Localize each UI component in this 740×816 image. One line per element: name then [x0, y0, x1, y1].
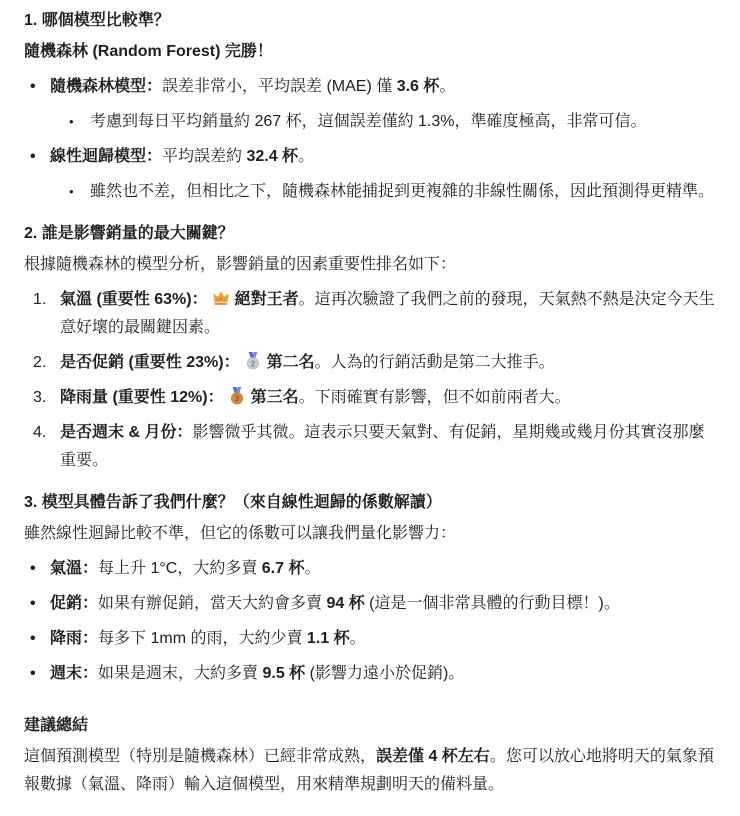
- item-text: 降雨：每多下 1mm 的雨，大約少賣 1.1 杯。: [50, 630, 366, 647]
- item-run: (影響力遠小於促銷)。: [305, 665, 464, 682]
- coefficient-list: • 氣溫：每上升 1°C，大約多賣 6.7 杯。 • 促銷：如果有辦促銷，當天大…: [24, 555, 716, 688]
- item-run: 平均誤差約: [162, 148, 246, 165]
- section1-heading: 1. 哪個模型比較準？: [24, 7, 716, 35]
- analysis-report: 1. 哪個模型比較準？ 隨機森林 (Random Forest) 完勝！ • 隨…: [0, 0, 740, 816]
- item-label: 線性迴歸模型：: [50, 148, 162, 165]
- item-label: 是否促銷 (重要性 23%)：: [60, 354, 240, 371]
- model-comparison-list: • 隨機森林模型：誤差非常小，平均誤差 (MAE) 僅 3.6 杯。 • 考慮到…: [24, 73, 716, 206]
- item-label: 氣溫：: [50, 560, 98, 577]
- item-run: (這是一個非常具體的行動目標！)。: [365, 595, 620, 612]
- list-number: 3.: [33, 384, 46, 412]
- item-label: 降雨量 (重要性 12%)：: [60, 389, 224, 406]
- sub-item-text: 雖然也不差，但相比之下，隨機森林能捕捉到更複雜的非線性關係，因此預測得更精準。: [90, 183, 714, 200]
- list-item-promotion-coef: • 促銷：如果有辦促銷，當天大約會多賣 94 杯 (這是一個非常具體的行動目標！…: [24, 590, 716, 618]
- bullet-marker: •: [69, 108, 74, 136]
- item-label: 隨機森林模型：: [50, 78, 162, 95]
- sub-list: • 考慮到每日平均銷量約 267 杯，這個誤差僅約 1.3%，準確度極高，非常可…: [50, 108, 716, 136]
- item-title: 第二名: [267, 354, 315, 371]
- bullet-marker: •: [30, 73, 36, 101]
- bullet-marker: •: [30, 555, 36, 583]
- bullet-marker: •: [69, 178, 74, 206]
- sub-item-text: 考慮到每日平均銷量約 267 杯，這個誤差僅約 1.3%，準確度極高，非常可信。: [90, 113, 647, 130]
- summary-paragraph: 這個預測模型（特別是隨機森林）已經非常成熟，誤差僅 4 杯左右。您可以放心地將明…: [24, 743, 716, 799]
- item-text: 氣溫 (重要性 63%)：絕對王者。這再次驗證了我們之前的發現，天氣熱不熱是決定…: [60, 291, 715, 336]
- item-text: 促銷：如果有辦促銷，當天大約會多賣 94 杯 (這是一個非常具體的行動目標！)。: [50, 595, 620, 612]
- item-value: 6.7 杯: [262, 560, 305, 577]
- list-item-weekend-coef: • 週末：如果是週末，大約多賣 9.5 杯 (影響力遠小於促銷)。: [24, 660, 716, 688]
- sub-list: • 雖然也不差，但相比之下，隨機森林能捕捉到更複雜的非線性關係，因此預測得更精準…: [50, 178, 716, 206]
- summary-heading: 建議總結: [24, 712, 716, 740]
- list-item-rain-coef: • 降雨：每多下 1mm 的雨，大約少賣 1.1 杯。: [24, 625, 716, 653]
- item-value: 94 杯: [326, 595, 364, 612]
- list-item-temperature-coef: • 氣溫：每上升 1°C，大約多賣 6.7 杯。: [24, 555, 716, 583]
- item-title: 第三名: [251, 389, 299, 406]
- section3-intro: 雖然線性迴歸比較不準，但它的係數可以讓我們量化影響力：: [24, 520, 716, 548]
- medal-number: 3: [234, 394, 239, 403]
- item-run: 每上升 1°C，大約多賣: [98, 560, 262, 577]
- item-label: 是否週末 & 月份：: [60, 424, 192, 441]
- section2-heading: 2. 誰是影響銷量的最大關鍵？: [24, 220, 716, 248]
- item-text: 週末：如果是週末，大約多賣 9.5 杯 (影響力遠小於促銷)。: [50, 665, 464, 682]
- summary-value: 誤差僅 4 杯左右: [376, 748, 490, 765]
- medal-number: 2: [250, 359, 255, 368]
- item-label: 降雨：: [50, 630, 98, 647]
- item-label: 週末：: [50, 665, 98, 682]
- item-value: 9.5 杯: [262, 665, 305, 682]
- bronze-medal-icon: 3: [228, 387, 246, 405]
- item-run: 。: [304, 560, 320, 577]
- section3-heading: 3. 模型具體告訴了我們什麼？（來自線性迴歸的係數解讀）: [24, 489, 716, 517]
- list-number: 2.: [33, 349, 46, 377]
- item-text: 是否週末 & 月份：影響微乎其微。這表示只要天氣對、有促銷，星期幾或幾月份其實沒…: [60, 424, 704, 469]
- list-number: 1.: [33, 286, 46, 314]
- item-run: 。下雨確實有影響，但不如前兩者大。: [299, 389, 571, 406]
- section2-intro: 根據隨機森林的模型分析，影響銷量的因素重要性排名如下：: [24, 251, 716, 279]
- list-item-linear-regression: • 線性迴歸模型：平均誤差約 32.4 杯。 • 雖然也不差，但相比之下，隨機森…: [24, 143, 716, 206]
- ranked-item-promotion: 2. 是否促銷 (重要性 23%)：2第二名。人為的行銷活動是第二大推手。: [24, 349, 716, 377]
- item-run: 。: [298, 148, 314, 165]
- item-label: 氣溫 (重要性 63%)：: [60, 291, 208, 308]
- item-run: 。: [439, 78, 455, 95]
- item-title: 絕對王者: [235, 291, 299, 308]
- list-item-random-forest: • 隨機森林模型：誤差非常小，平均誤差 (MAE) 僅 3.6 杯。 • 考慮到…: [24, 73, 716, 136]
- silver-medal-icon: 2: [244, 352, 262, 370]
- sub-item-rf-note: • 考慮到每日平均銷量約 267 杯，這個誤差僅約 1.3%，準確度極高，非常可…: [50, 108, 716, 136]
- verdict-statement: 隨機森林 (Random Forest) 完勝！: [24, 38, 716, 66]
- item-run: 誤差非常小，平均誤差 (MAE) 僅: [162, 78, 397, 95]
- item-run: 如果有辦促銷，當天大約會多賣: [98, 595, 326, 612]
- item-run: 每多下 1mm 的雨，大約少賣: [98, 630, 307, 647]
- item-text: 降雨量 (重要性 12%)：3第三名。下雨確實有影響，但不如前兩者大。: [60, 389, 571, 406]
- ranked-item-rainfall: 3. 降雨量 (重要性 12%)：3第三名。下雨確實有影響，但不如前兩者大。: [24, 384, 716, 412]
- list-number: 4.: [33, 419, 46, 447]
- ranked-item-temperature: 1. 氣溫 (重要性 63%)：絕對王者。這再次驗證了我們之前的發現，天氣熱不熱…: [24, 286, 716, 342]
- bullet-marker: •: [30, 660, 36, 688]
- sub-item-lr-note: • 雖然也不差，但相比之下，隨機森林能捕捉到更複雜的非線性關係，因此預測得更精準…: [50, 178, 716, 206]
- bullet-marker: •: [30, 143, 36, 171]
- crown-icon: [212, 289, 230, 307]
- ranked-item-weekend-month: 4. 是否週末 & 月份：影響微乎其微。這表示只要天氣對、有促銷，星期幾或幾月份…: [24, 419, 716, 475]
- item-run: 。: [350, 630, 366, 647]
- item-value: 32.4 杯: [246, 148, 298, 165]
- summary-run: 這個預測模型（特別是隨機森林）已經非常成熟，: [24, 748, 376, 765]
- item-text: 是否促銷 (重要性 23%)：2第二名。人為的行銷活動是第二大推手。: [60, 354, 555, 371]
- item-text: 隨機森林模型：誤差非常小，平均誤差 (MAE) 僅 3.6 杯。: [50, 78, 455, 95]
- item-run: 。人為的行銷活動是第二大推手。: [315, 354, 555, 371]
- item-value: 3.6 杯: [397, 78, 440, 95]
- item-text: 氣溫：每上升 1°C，大約多賣 6.7 杯。: [50, 560, 320, 577]
- item-text: 線性迴歸模型：平均誤差約 32.4 杯。: [50, 148, 314, 165]
- item-value: 1.1 杯: [307, 630, 350, 647]
- bullet-marker: •: [30, 625, 36, 653]
- item-run: 如果是週末，大約多賣: [98, 665, 262, 682]
- feature-importance-list: 1. 氣溫 (重要性 63%)：絕對王者。這再次驗證了我們之前的發現，天氣熱不熱…: [24, 286, 716, 475]
- bullet-marker: •: [30, 590, 36, 618]
- item-label: 促銷：: [50, 595, 98, 612]
